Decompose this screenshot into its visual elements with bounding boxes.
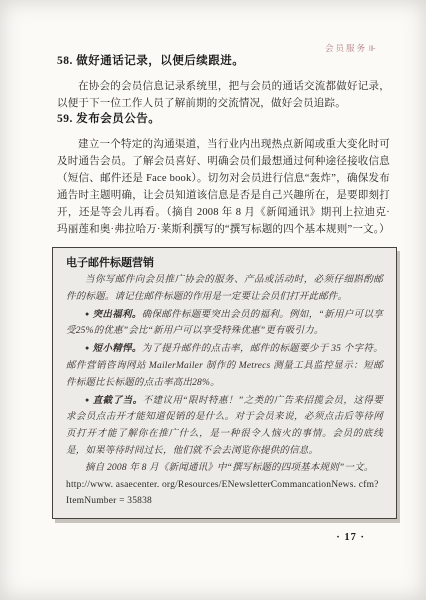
bullet-dot-icon: ● [85,310,90,318]
bullet-straightforward: ●直截了当。不建议用“限时特惠！”之类的广告来招揽会员，这得要求会员点击开才能知… [66,392,383,460]
bullet-label: 短小精悍。 [93,344,142,354]
bullet-highlight-benefits: ●突出福利。确保邮件标题要突出会员的福利。例如，“新用户可以享受25%的优惠”会… [66,306,383,341]
box-source-citation: 摘自 2008 年 8 月《新闻通讯》中“撰写标题的四项基本规则”一文。 [66,460,383,477]
section-58-body: 在协会的会员信息记录系统里，把与会员的通话交流都做好记录，以便于下一位工作人员了… [57,78,390,112]
box-source-url: http://www. asaecenter. org/Resources/EN… [66,477,383,494]
bullet-dot-icon: ● [85,344,90,352]
running-header: 会员服务⊪ [57,0,390,54]
bullet-dot-icon: ● [85,396,90,404]
book-page: 会员服务⊪ 58. 做好通话记录，以便后续跟进。 在协会的会员信息记录系统里，把… [0,0,426,600]
section-59-heading: 59. 发布会员公告。 [57,112,390,127]
box-title: 电子邮件标题营销 [66,255,383,272]
bullet-label: 突出福利。 [93,310,142,320]
header-decoration-mark: ⊪ [369,44,378,53]
email-title-marketing-box: 电子邮件标题营销 当你写邮件向会员推广协会的服务、产品或活动时，必须仔细斟酌邮件… [52,247,397,519]
box-intro: 当你写邮件向会员推广协会的服务、产品或活动时，必须仔细斟酌邮件的标题。请记住邮件… [66,272,383,306]
section-58-heading: 58. 做好通话记录，以便后续跟进。 [57,54,390,69]
box-source-item-number: ItemNumber = 35838 [66,493,383,510]
bullet-short-and-pithy: ●短小精悍。为了提升邮件的点击率，邮件的标题要少于 35 个字符。邮件营销咨询网… [66,340,383,391]
page-number: · 17 · [57,532,365,543]
page-content: 会员服务⊪ 58. 做好通话记录，以便后续跟进。 在协会的会员信息记录系统里，把… [57,0,390,543]
running-header-label: 会员服务 [325,43,367,53]
bullet-label: 直截了当。 [93,396,143,406]
section-59-body: 建立一个特定的沟通渠道，当行业内出现热点新闻或重大变化时可及时通告会员。了解会员… [57,136,390,238]
